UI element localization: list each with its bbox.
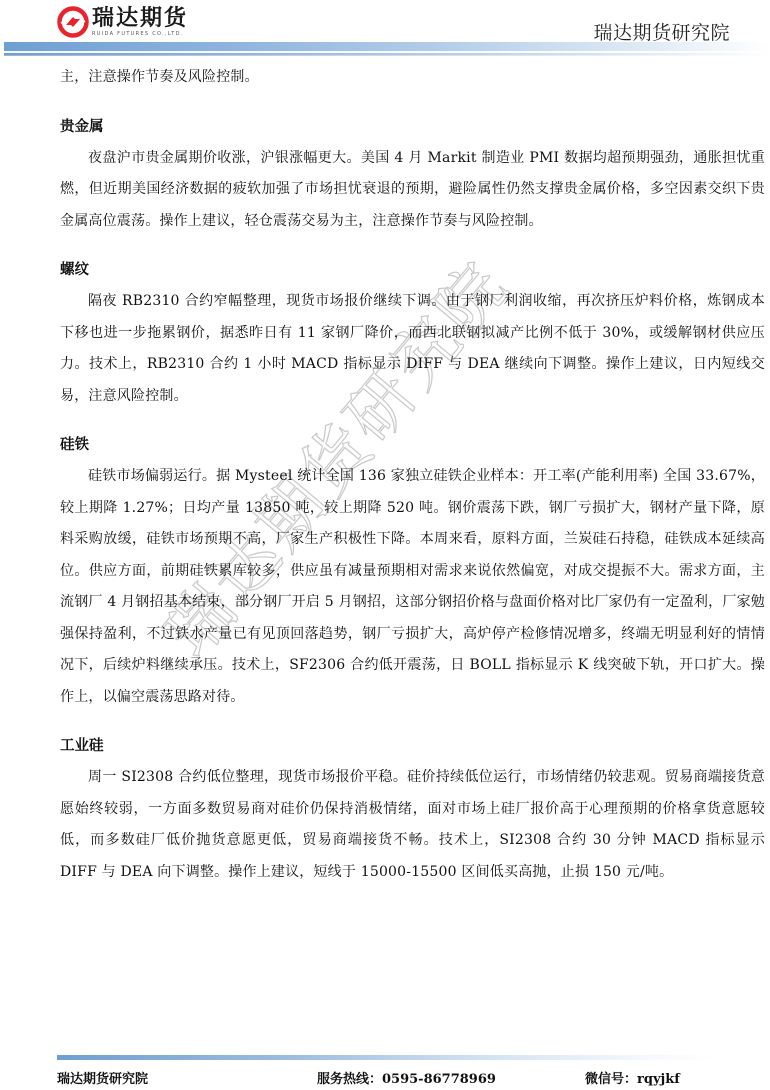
header-gradient-bar <box>4 42 770 55</box>
logo-chinese-name: 瑞达期货 <box>92 7 188 31</box>
ruida-logo-icon <box>57 6 89 38</box>
footer-wechat: 微信号：rqyjkf <box>585 1068 680 1087</box>
report-content: 主，注意操作节奏及风险控制。 贵金属 夜盘沪市贵金属期价收涨，沪银涨幅更大。美国… <box>60 62 765 888</box>
section-body: 夜盘沪市贵金属期价收涨，沪银涨幅更大。美国 4 月 Markit 制造业 PMI… <box>60 143 765 238</box>
footer-gradient-bar <box>57 1055 717 1060</box>
section-title: 硅铁 <box>60 430 765 461</box>
header-title: 瑞达期货研究院 <box>593 18 730 45</box>
logo-english-name: RUIDA FUTURES CO.,LTD. <box>92 31 188 38</box>
section-industrial-silicon: 工业硅 周一 SI2308 合约低位整理，现货市场报价平稳。硅价持续低位运行，市… <box>60 731 765 888</box>
footer-hotline: 服务热线：0595-86778969 <box>317 1068 496 1087</box>
section-body: 隔夜 RB2310 合约窄幅整理，现货市场报价继续下调。由于钢厂利润收缩，再次挤… <box>60 286 765 412</box>
page-header: 瑞达期货 RUIDA FUTURES CO.,LTD. 瑞达期货研究院 <box>0 0 770 58</box>
section-ferrosilicon: 硅铁 硅铁市场偏弱运行。据 Mysteel 统计全国 136 家独立硅铁企业样本… <box>60 430 765 713</box>
page-footer: 瑞达期货研究院 服务热线：0595-86778969 微信号：rqyjkf <box>57 1068 697 1088</box>
section-rebar: 螺纹 隔夜 RB2310 合约窄幅整理，现货市场报价继续下调。由于钢厂利润收缩，… <box>60 255 765 412</box>
section-title: 工业硅 <box>60 731 765 762</box>
section-title: 贵金属 <box>60 112 765 143</box>
intro-paragraph-tail: 主，注意操作节奏及风险控制。 <box>60 62 765 94</box>
section-body: 周一 SI2308 合约低位整理，现货市场报价平稳。硅价持续低位运行，市场情绪仍… <box>60 762 765 888</box>
section-precious-metals: 贵金属 夜盘沪市贵金属期价收涨，沪银涨幅更大。美国 4 月 Markit 制造业… <box>60 112 765 238</box>
footer-org-name: 瑞达期货研究院 <box>57 1068 148 1087</box>
header-divider <box>4 55 770 56</box>
section-body: 硅铁市场偏弱运行。据 Mysteel 统计全国 136 家独立硅铁企业样本：开工… <box>60 461 765 713</box>
company-logo: 瑞达期货 RUIDA FUTURES CO.,LTD. <box>57 6 188 38</box>
section-title: 螺纹 <box>60 255 765 286</box>
